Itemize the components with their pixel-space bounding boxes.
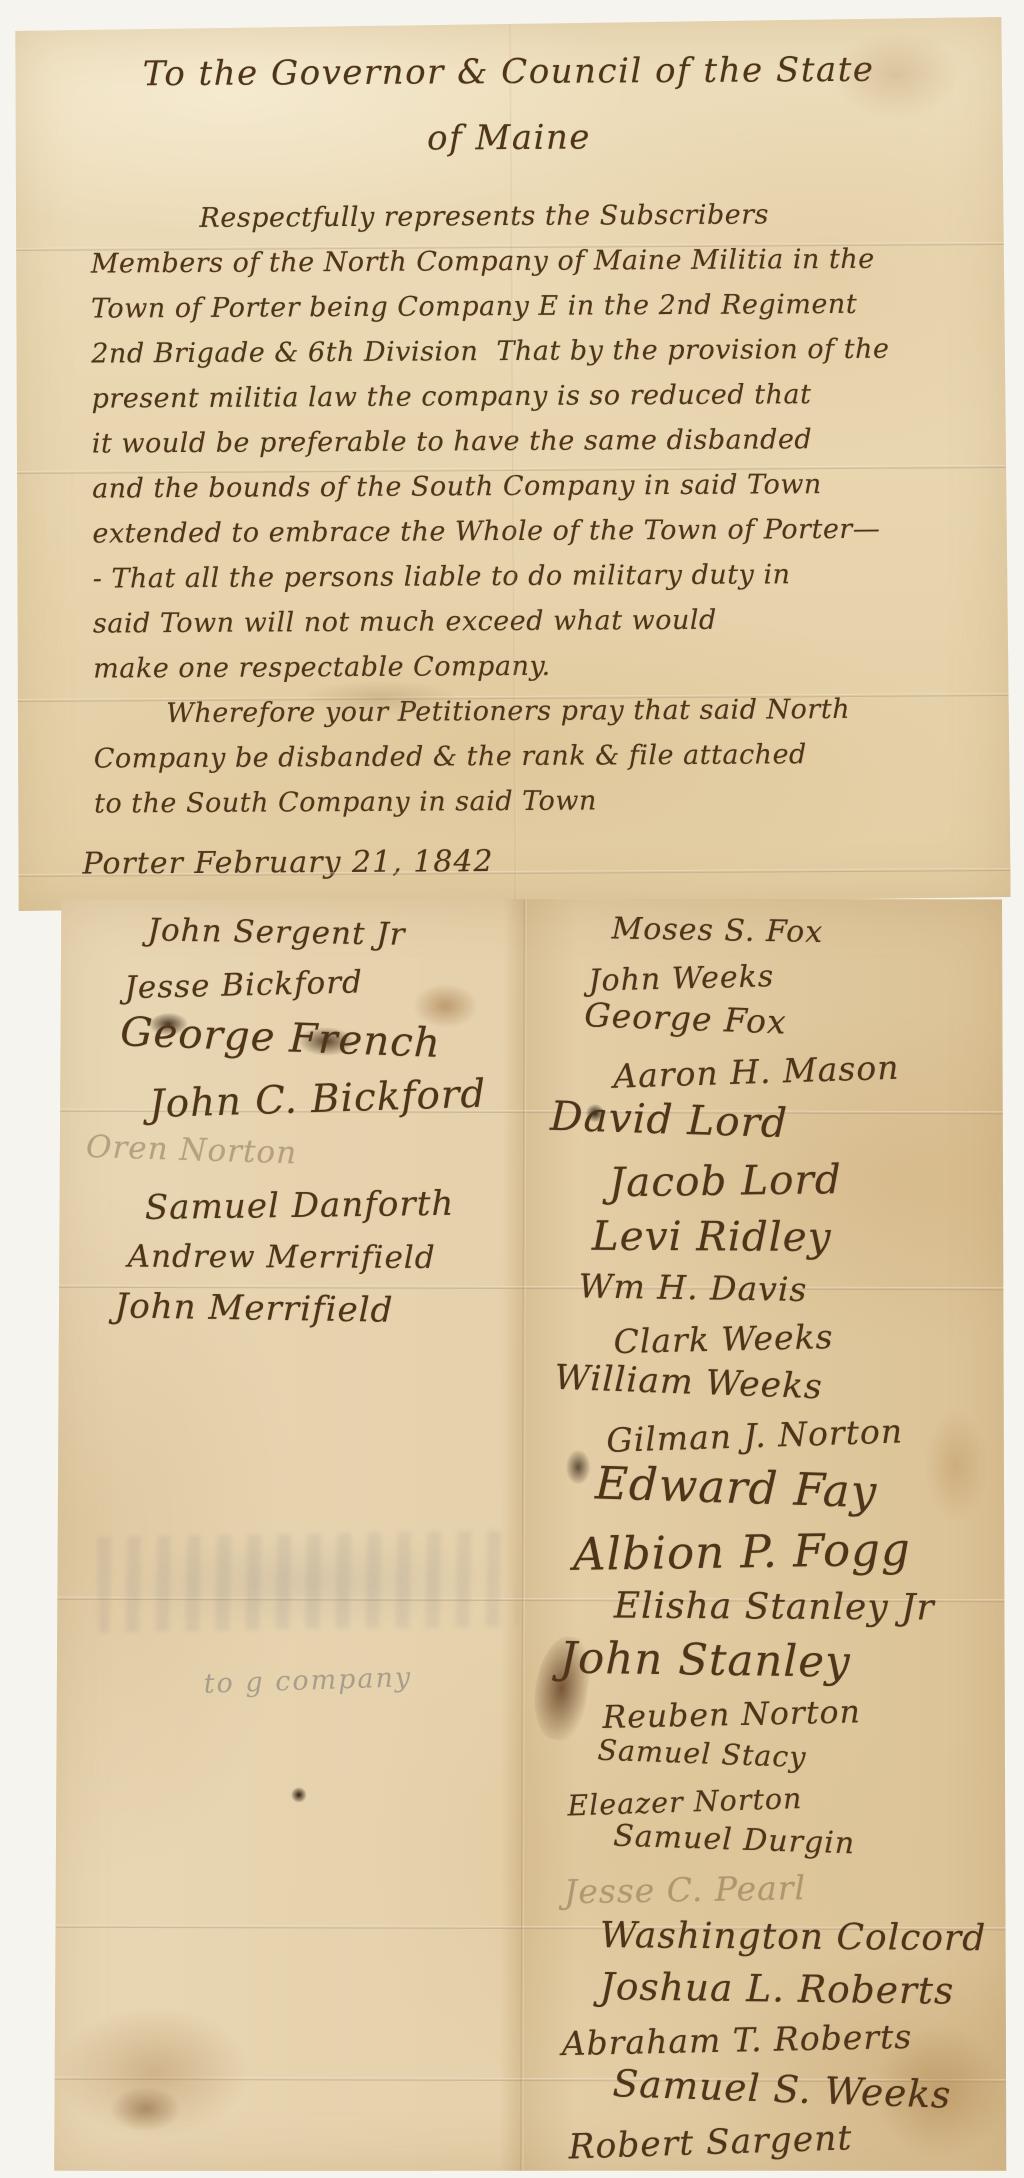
signature: Oren Norton — [86, 1129, 512, 1178]
document-scan: To the Governor & Council of the State o… — [0, 0, 1024, 2178]
petition-body-line: to the South Company in said Town — [94, 776, 970, 826]
signature: Washington Colcord — [600, 1915, 993, 1959]
signature: Reuben Norton — [602, 1691, 994, 1736]
signature: Albion P. Fogg — [573, 1521, 995, 1580]
signature: Wm H. Davis — [578, 1266, 995, 1312]
bleed-through — [97, 1530, 518, 1632]
petition-page: To the Governor & Council of the State o… — [11, 17, 1010, 911]
signature: John Weeks — [588, 954, 996, 999]
petition-body: Respectfully represents the SubscribersM… — [90, 191, 970, 826]
signature: Samuel S. Weeks — [612, 2061, 993, 2118]
signature: John C. Bickford — [149, 1071, 512, 1127]
signature: William Weeks — [554, 1358, 995, 1414]
signature: Moses S. Fox — [611, 911, 996, 953]
petition-body-line: said Town will not much exceed what woul… — [93, 596, 969, 646]
signature: Andrew Merrifield — [128, 1239, 511, 1277]
signature-column-right: Moses S. FoxJohn WeeksGeorge FoxAaron H.… — [542, 914, 995, 2161]
signature: Jesse C. Pearl — [564, 1865, 994, 1911]
signature: Clark Weeks — [613, 1313, 995, 1361]
petition-body-line: Respectfully represents the Subscribers — [90, 191, 966, 241]
petition-body-line: 2nd Brigade & 6th Division That by the p… — [91, 326, 967, 376]
petition-date: Porter February 21, 1842 — [82, 841, 1010, 882]
stain — [58, 2007, 248, 2137]
signatures-page: John Sergent JrJesse BickfordGeorge Fren… — [50, 897, 1009, 2173]
signature: John Merrifield — [114, 1286, 511, 1332]
petition-body-line: - That all the persons liable to do mili… — [93, 551, 969, 601]
signature: David Lord — [549, 1092, 995, 1154]
signature: Robert Sargent — [568, 2114, 993, 2168]
petition-body-line: extended to embrace the Whole of the Tow… — [92, 506, 968, 556]
signature: Levi Ridley — [592, 1212, 995, 1262]
signature: Jesse Bickford — [124, 961, 512, 1006]
signature-column-left: John Sergent JrJesse BickfordGeorge Fren… — [81, 915, 512, 1330]
petition-body-line: and the bounds of the South Company in s… — [92, 461, 968, 511]
signature: Gilman J. Norton — [606, 1409, 995, 1460]
signature: Aaron H. Mason — [613, 1045, 996, 1096]
petition-heading-line1: To the Governor & Council of the State — [11, 47, 1005, 97]
signature: John Stanley — [559, 1634, 994, 1690]
pencil-annotation: to g company — [203, 1662, 412, 1700]
petition-body-line: Wherefore your Petitioners pray that sai… — [93, 686, 969, 736]
stain — [110, 2087, 180, 2131]
signature: Elisha Stanley Jr — [614, 1586, 994, 1629]
fold-crease — [520, 898, 526, 2172]
petition-body-line: Town of Porter being Company E in the 2n… — [91, 281, 967, 331]
signature: George Fox — [584, 995, 996, 1049]
signature: John Sergent Jr — [147, 912, 512, 954]
signature: Eleazer Norton — [567, 1776, 994, 1823]
signature: Samuel Durgin — [613, 1819, 994, 1866]
petition-body-line: make one respectable Company. — [93, 641, 969, 691]
signature: George French — [120, 1008, 512, 1069]
petition-body-line: it would be preferable to have the same … — [92, 416, 968, 466]
signature: Joshua L. Roberts — [600, 1964, 994, 2013]
signature: Samuel Stacy — [597, 1734, 994, 1781]
signature: Samuel Danforth — [145, 1183, 512, 1228]
petition-heading: To the Governor & Council of the State o… — [11, 47, 1006, 163]
signature: Abraham T. Roberts — [561, 2015, 993, 2063]
signature: Jacob Lord — [609, 1153, 996, 1206]
petition-body-line: Members of the North Company of Maine Mi… — [91, 236, 967, 286]
signature: Edward Fay — [594, 1456, 994, 1522]
petition-body-line: Company be disbanded & the rank & file a… — [94, 731, 970, 781]
petition-body-line: present militia law the company is so re… — [91, 371, 967, 421]
ink-blot — [291, 1787, 306, 1802]
petition-heading-line2: of Maine — [12, 113, 1006, 163]
